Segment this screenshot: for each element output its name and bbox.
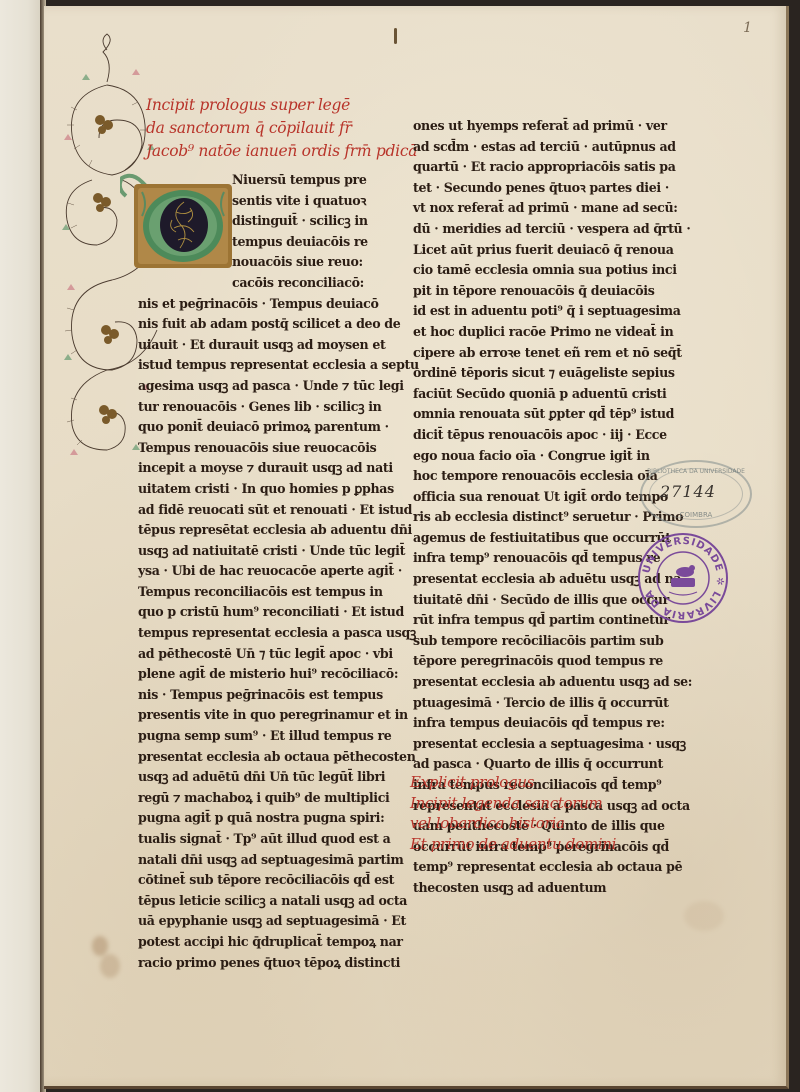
text-line: pugna agit̄ p quā nostra pugna spiri:	[138, 808, 408, 829]
text-line: cipere ab erroꝛe tenet eñ rem et nō seq̄…	[413, 343, 643, 364]
text-line: thecosten usqꝫ ad aduentum	[413, 878, 643, 899]
text-line: tēpus represētat ecclesia ab aduentu dn̄…	[138, 520, 408, 541]
text-line: tet · Secundo penes q̄tuoꝛ partes diei ·	[413, 178, 643, 199]
text-line: tiuitatē dn̄i · Secūdo de illis que occu…	[413, 590, 643, 611]
text-line: ordinē tēporis sicut ⁊ euāgeliste sepius	[413, 363, 643, 384]
text-line: dū · meridies ad terciū · vespera ad q̄r…	[413, 219, 643, 240]
text-line: tualis signat̄ · Tp⁹ aūt illud quod est …	[138, 829, 408, 850]
text-line: nis et peḡrinacōis · Tempus deuiacō	[138, 294, 408, 315]
text-line: quo p cristū hum⁹ reconciliati · Et istu…	[138, 602, 408, 623]
text-line: ego noua facio oīa · Congrue igit̄ in	[413, 446, 643, 467]
text-line: vt nox referat̄ ad primū · mane ad secū:	[413, 198, 643, 219]
text-line: officia sua renouat Ut igit̄ ordo tempo	[413, 487, 643, 508]
text-line: racio primo penes q̄tuoꝛ tēpoꝝ distincti	[138, 953, 408, 974]
text-line: Tempus renouacōis siue reuocacōis	[138, 438, 408, 459]
text-line: plene agit̄ de misterio hui⁹ recōciliacō…	[138, 664, 408, 685]
text-line: distinguit̄ · scilicꝫ in	[138, 211, 408, 232]
text-line: tur renouacōis · Genes lib · scilicꝫ in	[138, 397, 408, 418]
text-line: incepit a moyse ⁊ durauit usqꝫ ad nati	[138, 458, 408, 479]
left-column-text: Niuersū tempus pre sentis vite i quatuoꝛ…	[138, 170, 408, 973]
text-line: rūt infra tempus qd̄ partim continetur	[413, 610, 643, 631]
text-line: regū ⁊ machaboꝝ i quib⁹ de multiplici	[138, 788, 408, 809]
library-oval-stamp: BIBLIOTHECA DA UNIVERSIDADE 27144 COIMBR…	[640, 460, 752, 528]
svg-text:UNIVERSIDADE ✲ LIVRARIA DA: UNIVERSIDADE ✲ LIVRARIA DA	[641, 536, 725, 620]
text-line: potest accipi hic q̄druplicat̄ tempoꝝ na…	[138, 932, 408, 953]
text-line: ad pēthecostē Un̄ ⁊ tūc legit̄ apoc · vb…	[138, 644, 408, 665]
folio-number: 1	[743, 20, 752, 36]
text-line: uiauit · Et durauit usqꝫ ad moysen et	[138, 335, 408, 356]
flyleaf	[0, 0, 42, 1092]
university-library-stamp-icon: UNIVERSIDADE ✲ LIVRARIA DA	[637, 532, 729, 624]
text-line: ones ut hyemps referat̄ ad primū · ver	[413, 116, 643, 137]
rubric-line: Jacob⁹ natōe ianuen̄ ordis frm̄ pdicā	[146, 140, 416, 163]
text-line: infra temp⁹ renouacōis qd̄ tempus re	[413, 548, 643, 569]
text-line: agemus de festiuitatibus que occurrūt	[413, 528, 643, 549]
text-line: Tempus reconciliacōis est tempus in	[138, 582, 408, 603]
stamp-bottom-text: COIMBRA	[642, 511, 750, 519]
text-line: presentat ecclesia a septuagesima · usqꝫ	[413, 734, 643, 755]
rubric-line: Incipit prologus super legē	[146, 94, 416, 117]
text-line: nouacōis siue reuo:	[138, 252, 408, 273]
stamp-top-text: BIBLIOTHECA DA UNIVERSIDADE	[642, 468, 750, 475]
text-line: presentat ecclesia ab octaua pēthecosten	[138, 747, 408, 768]
text-line: quo ponit̄ deuiacō primoꝝ parentum ·	[138, 417, 408, 438]
text-line: usqꝫ ad aduētū dn̄i Un̄ tūc legūt̄ libri	[138, 767, 408, 788]
text-line: Niuersū tempus pre	[138, 170, 408, 191]
text-line: uā epyphanie usqꝫ ad septuagesimā · Et	[138, 911, 408, 932]
rubric-line: Incipit legenda sanctorum	[410, 793, 650, 814]
text-line: nis fuit ab adam postq̄ scilicet a deo d…	[138, 314, 408, 335]
text-line: tempus deuiacōis re	[138, 232, 408, 253]
text-line: dicit̄ tēpus renouacōis apoc · iij · Ecc…	[413, 425, 643, 446]
rubric-line: Et primo de aduentu domini	[410, 834, 650, 855]
text-line: cacōis reconciliacō:	[138, 273, 408, 294]
text-line: et hoc duplici racōe Primo ne videat̄ in	[413, 322, 643, 343]
text-line: hoc tempore renouacōis ecclesia oīa	[413, 466, 643, 487]
rubric-line: da sanctorum q̄ cōpilauit fr̄	[146, 117, 416, 140]
text-line: sentis vite i quatuoꝛ	[138, 191, 408, 212]
text-line: natali dn̄i usqꝫ ad septuagesimā partim	[138, 850, 408, 871]
text-line: usqꝫ ad natiuitatē cristi · Unde tūc leg…	[138, 541, 408, 562]
closing-rubric: Explicit prologus Incipit legenda sancto…	[410, 772, 650, 854]
stain	[684, 901, 724, 931]
text-line: quartū · Et racio appropriacōis satis pa	[413, 157, 643, 178]
text-line: id est in aduentu poti⁹ q̄ i septuagesim…	[413, 301, 643, 322]
text-line: temp⁹ representat ecclesia ab octaua pē	[413, 857, 643, 878]
text-line: presentis vite in quo peregrinamur et in	[138, 705, 408, 726]
text-line: ris ab ecclesia distinct⁹ seruetur · Pri…	[413, 507, 643, 528]
text-line: ad scd̄m · estas ad terciū · autūpnus ad	[413, 137, 643, 158]
text-line: infra tempus deuiacōis qd̄ tempus re:	[413, 713, 643, 734]
shelf-number: 27144	[660, 482, 716, 501]
text-line: pugna semp sum⁹ · Et illud tempus re	[138, 726, 408, 747]
text-line: agesima usqꝫ ad pasca · Unde ⁊ tūc legi	[138, 376, 408, 397]
rubric-line: vel lobardica historia	[410, 813, 650, 834]
text-line: uitatem cristi · In quo homies p ꝑphas	[138, 479, 408, 500]
text-line: pit in tēpore renouacōis q̄ deuiacōis	[413, 281, 643, 302]
text-line: tempus representat ecclesia a pasca usqꝫ	[138, 623, 408, 644]
rubric-line: Explicit prologus	[410, 772, 650, 793]
text-line: omnia renouata sūt ꝑpter qd̄ tēp⁹ istud	[413, 404, 643, 425]
text-line: tēpore peregrinacōis quod tempus re	[413, 651, 643, 672]
stain	[100, 954, 120, 978]
text-line: presentat ecclesia ab aduentu usqꝫ ad se…	[413, 672, 643, 693]
text-line: tēpus leticie scilicꝫ a natali usqꝫ ad o…	[138, 891, 408, 912]
text-line: sub tempore recōciliacōis partim sub	[413, 631, 643, 652]
heading-rubric: Incipit prologus super legē da sanctorum…	[146, 94, 416, 163]
text-line: ad fidē reuocati sūt et renouati · Et is…	[138, 500, 408, 521]
stain	[92, 936, 108, 956]
text-line: cio tamē ecclesia omnia sua potius inci	[413, 260, 643, 281]
text-line: nis · Tempus peḡrinacōis est tempus	[138, 685, 408, 706]
text-line: presentat ecclesia ab aduētu usqꝫ ad na	[413, 569, 643, 590]
text-line: Licet aūt prius fuerit deuiacō q̄ renoua	[413, 240, 643, 261]
text-line: istud tempus representat ecclesia a sept…	[138, 355, 408, 376]
text-line: ysa · Ubi de hac reuocacōe aperte agit̄ …	[138, 561, 408, 582]
text-line: cōtinet̄ sub tēpore recōciliacōis qd̄ es…	[138, 870, 408, 891]
text-line: faciūt Secūdo quoniā p aduentū cristi	[413, 384, 643, 405]
ink-mark	[394, 28, 397, 44]
text-line: ptuagesimā · Tercio de illis q̄ occurrūt	[413, 693, 643, 714]
